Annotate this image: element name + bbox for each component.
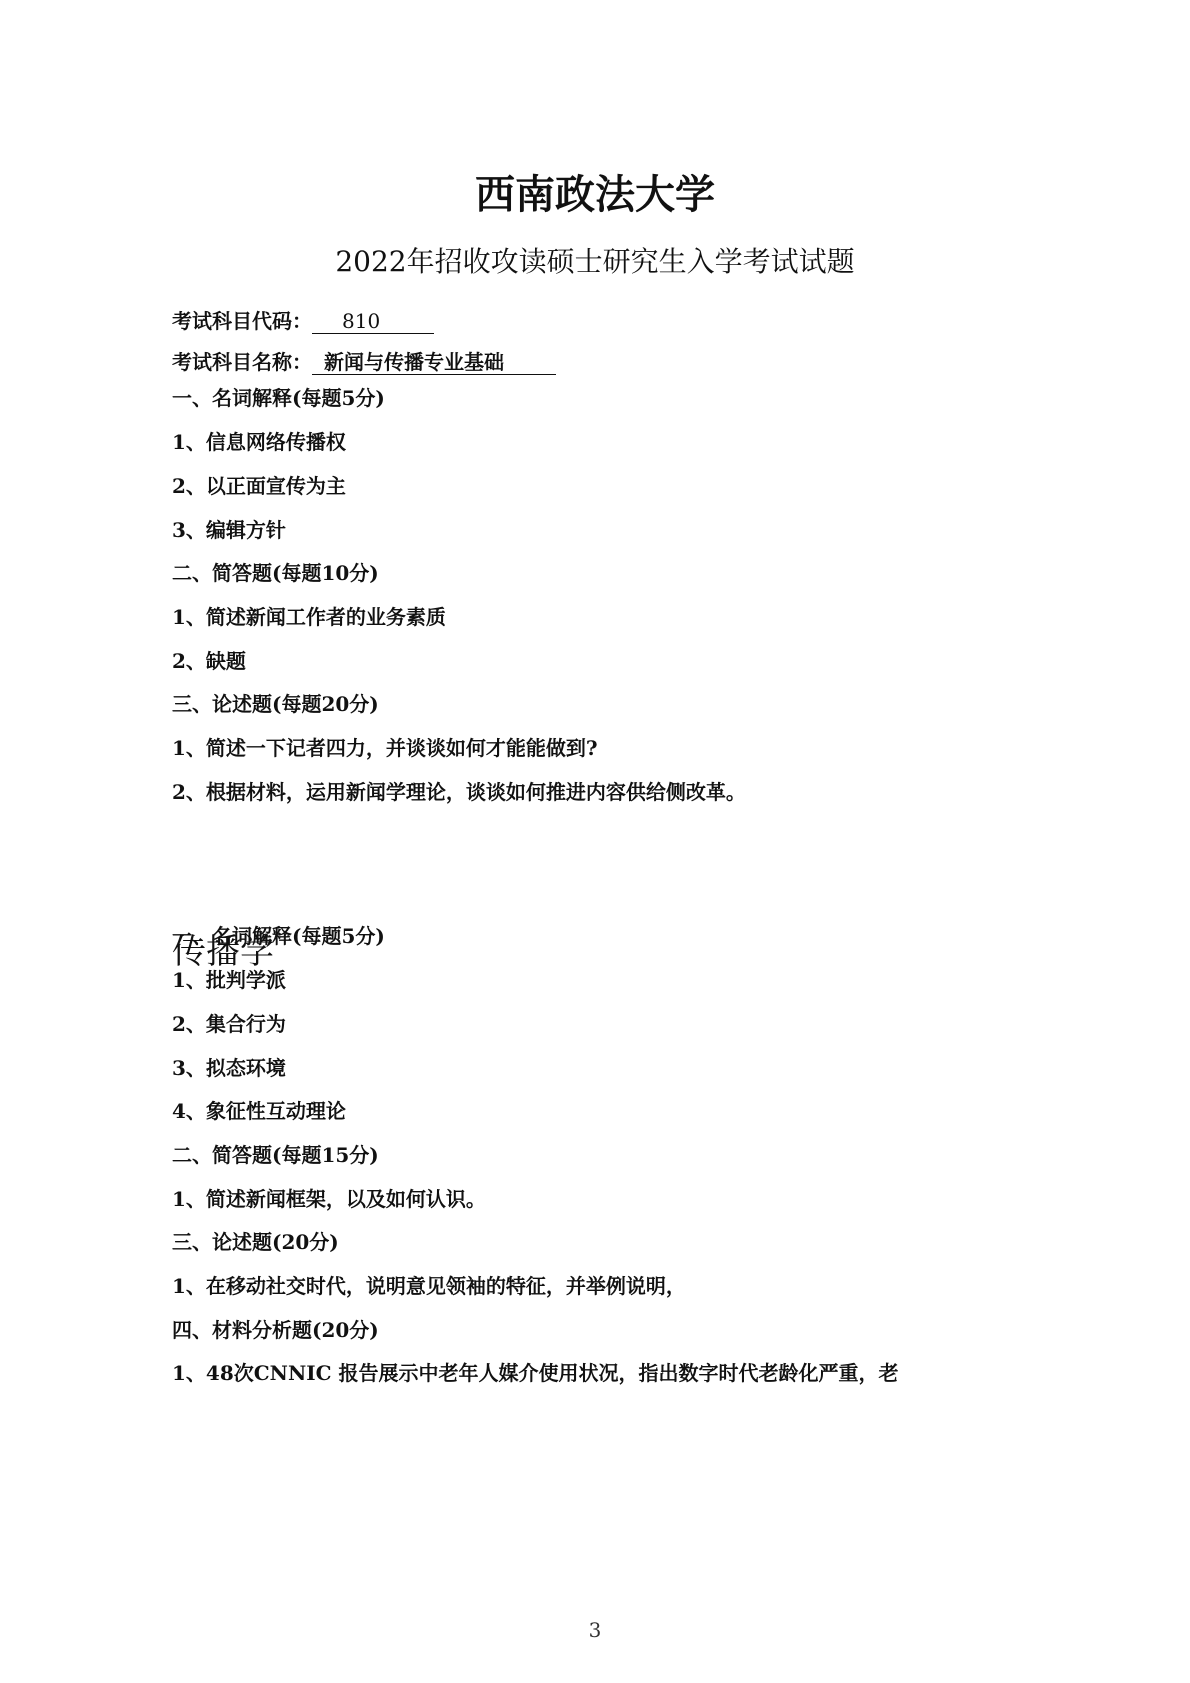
question-item: 1、简述一下记者四力，并谈谈如何才能能做到? bbox=[172, 733, 598, 763]
section-heading: 二、简答题(每题15分) bbox=[172, 1140, 379, 1170]
subject-code-label: 考试科目代码： bbox=[172, 309, 312, 333]
exam-title: 2022年招收攻读硕士研究生入学考试试题 bbox=[150, 242, 1040, 282]
question-item: 1、简述新闻工作者的业务素质 bbox=[172, 602, 446, 632]
question-item: 4、象征性互动理论 bbox=[172, 1096, 346, 1126]
question-item: 1、简述新闻框架，以及如何认识。 bbox=[172, 1184, 486, 1214]
subject-code-field: 考试科目代码：810 bbox=[172, 306, 434, 336]
section-heading: 一、名词解释(每题5分) bbox=[172, 921, 385, 951]
subject-code-value: 810 bbox=[312, 309, 434, 334]
section-heading: 四、材料分析题(20分) bbox=[172, 1315, 379, 1345]
question-item: 2、以正面宣传为主 bbox=[172, 471, 346, 501]
question-item: 3、编辑方针 bbox=[172, 515, 286, 545]
section-heading: 一、名词解释(每题5分) bbox=[172, 383, 385, 413]
question-item: 1、批判学派 bbox=[172, 965, 286, 995]
subject-name-value: 新闻与传播专业基础 bbox=[312, 350, 556, 375]
page-number: 3 bbox=[0, 1618, 1190, 1642]
question-item: 2、缺题 bbox=[172, 646, 246, 676]
question-item: 2、根据材料，运用新闻学理论，谈谈如何推进内容供给侧改革。 bbox=[172, 777, 746, 807]
question-item: 3、拟态环境 bbox=[172, 1053, 286, 1083]
section-heading: 二、简答题(每题10分) bbox=[172, 558, 379, 588]
question-item: 1、在移动社交时代，说明意见领袖的特征，并举例说明， bbox=[172, 1271, 686, 1301]
question-item: 1、信息网络传播权 bbox=[172, 427, 346, 457]
subject-name-field: 考试科目名称：新闻与传播专业基础 bbox=[172, 347, 556, 377]
university-title: 西南政法大学 bbox=[0, 170, 1190, 220]
subject-name-label: 考试科目名称： bbox=[172, 350, 312, 374]
section-heading: 三、论述题(每题20分) bbox=[172, 689, 379, 719]
question-item: 1、48次CNNIC 报告展示中老年人媒介使用状况，指出数字时代老龄化严重，老 bbox=[172, 1358, 898, 1388]
question-item: 2、集合行为 bbox=[172, 1009, 286, 1039]
section-heading: 三、论述题(20分) bbox=[172, 1227, 339, 1257]
